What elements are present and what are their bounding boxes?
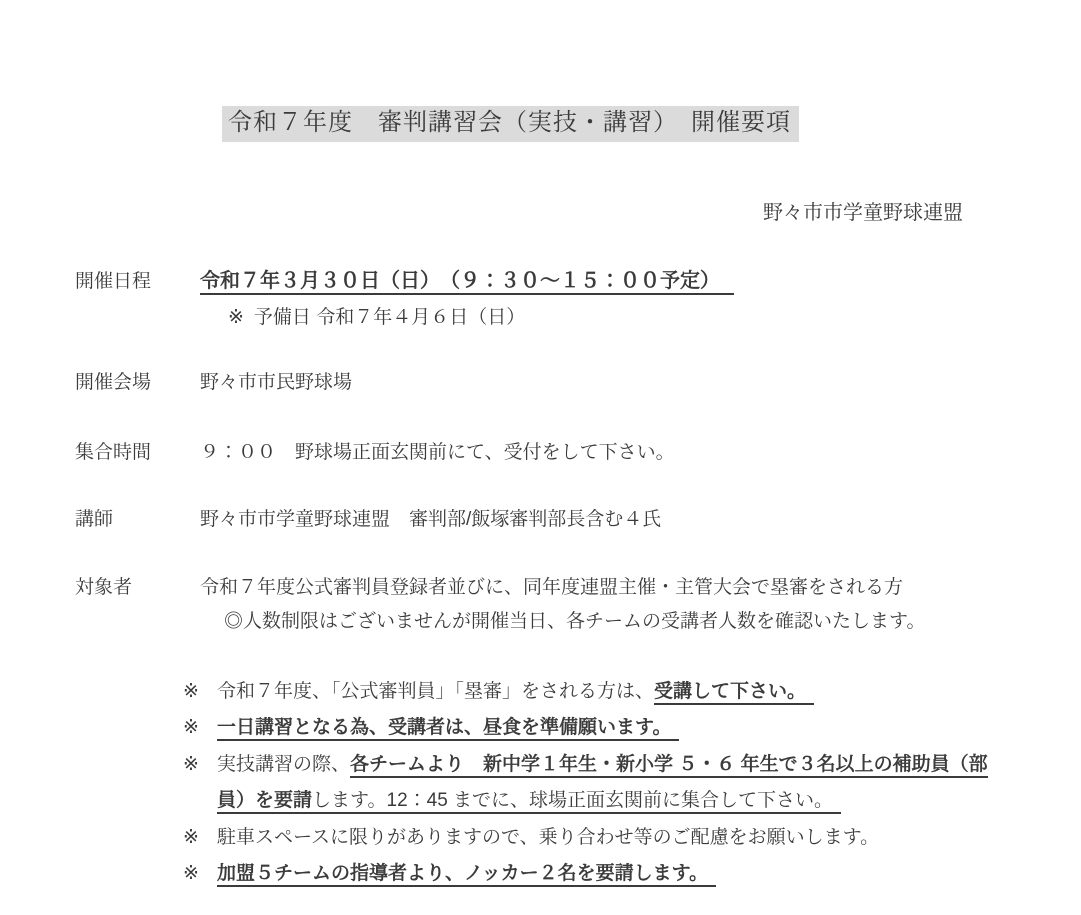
reference-mark: ※ xyxy=(183,747,199,784)
meeting-time-label: 集合時間 xyxy=(75,439,200,466)
note-emphasis: 加盟５チームの指導者より、ノッカー２名を要請します。 xyxy=(217,863,716,887)
info-row-audience: 対象者 令和７年度公式審判員登録者並びに、同年度連盟主催・主管大会で塁審をされる… xyxy=(0,574,1081,635)
instructor-label: 講師 xyxy=(75,506,200,533)
info-row-instructor: 講師 野々市市学童野球連盟 審判部/飯塚審判部長含む４氏 xyxy=(0,506,1081,533)
backup-date-text: 予備日 令和７年４月６日（日） xyxy=(254,307,525,328)
info-row-venue: 開催会場 野々市市民野球場 xyxy=(0,369,1081,396)
audience-value: 令和７年度公式審判員登録者並びに、同年度連盟主催・主管大会で塁審をされる方 ◎人… xyxy=(200,574,925,635)
page-title: 令和７年度 審判講習会（実技・講習） 開催要項 xyxy=(222,106,799,142)
note-underlined-text: します。12：45 までに、球場正面玄関前に集合して下さい。 xyxy=(312,790,841,814)
reference-mark: ※ xyxy=(228,307,244,328)
document-page: 令和７年度 審判講習会（実技・講習） 開催要項 野々市市学童野球連盟 開催日程 … xyxy=(0,0,1081,915)
notes-list: ※ 令和７年度、「公式審判員」「塁審」をされる方は、受講して下さい。 ※ 一日講… xyxy=(0,674,1081,893)
instructor-value: 野々市市学童野球連盟 審判部/飯塚審判部長含む４氏 xyxy=(200,506,661,533)
info-row-schedule: 開催日程 令和７年３月３０日（日） （９：３０～１５：００予定） ※予備日 令和… xyxy=(0,268,1081,331)
schedule-backup-date: ※予備日 令和７年４月６日（日） xyxy=(200,304,734,331)
reference-mark: ※ xyxy=(183,856,199,893)
title-row: 令和７年度 審判講習会（実技・講習） 開催要項 xyxy=(0,0,1081,142)
schedule-date: 令和７年３月３０日（日） （９：３０～１５：００予定） xyxy=(200,270,734,295)
organization-row: 野々市市学童野球連盟 xyxy=(0,196,1081,225)
note-item: ※ 実技講習の際、各チームより 新中学１年生・新小学 ５・６ 年生で３名以上の補… xyxy=(0,747,990,820)
audience-label: 対象者 xyxy=(75,574,200,601)
note-text: 令和７年度、「公式審判員」「塁審」をされる方は、 xyxy=(217,681,654,702)
note-item: ※ 駐車スペースに限りがありますので、乗り合わせ等のご配慮をお願いします。 xyxy=(0,820,990,857)
note-emphasis: 一日講習となる為、受講者は、昼食を準備願います。 xyxy=(217,717,679,741)
organization-name: 野々市市学童野球連盟 xyxy=(763,202,963,224)
note-item: ※ 令和７年度、「公式審判員」「塁審」をされる方は、受講して下さい。 xyxy=(0,674,990,711)
venue-label: 開催会場 xyxy=(75,369,200,396)
note-text: 実技講習の際、 xyxy=(217,754,350,775)
schedule-value: 令和７年３月３０日（日） （９：３０～１５：００予定） ※予備日 令和７年４月６… xyxy=(200,268,734,331)
reference-mark: ※ xyxy=(183,820,199,857)
info-row-meeting-time: 集合時間 ９：００ 野球場正面玄関前にて、受付をして下さい。 xyxy=(0,439,1081,466)
reference-mark: ※ xyxy=(183,674,199,711)
reference-mark: ※ xyxy=(183,710,199,747)
note-text: 駐車スペースに限りがありますので、乗り合わせ等のご配慮をお願いします。 xyxy=(217,827,879,848)
note-item: ※ 一日講習となる為、受講者は、昼食を準備願います。 xyxy=(0,710,990,747)
audience-capacity-note: ◎人数制限はございませんが開催当日、各チームの受講者人数を確認いたします。 xyxy=(200,608,925,635)
audience-text: 令和７年度公式審判員登録者並びに、同年度連盟主催・主管大会で塁審をされる方 xyxy=(200,577,903,598)
schedule-label: 開催日程 xyxy=(75,268,200,295)
note-item: ※ 加盟５チームの指導者より、ノッカー２名を要請します。 xyxy=(0,856,990,893)
venue-value: 野々市市民野球場 xyxy=(200,369,352,396)
meeting-time-value: ９：００ 野球場正面玄関前にて、受付をして下さい。 xyxy=(200,439,675,466)
note-emphasis: 受講して下さい。 xyxy=(654,681,814,705)
